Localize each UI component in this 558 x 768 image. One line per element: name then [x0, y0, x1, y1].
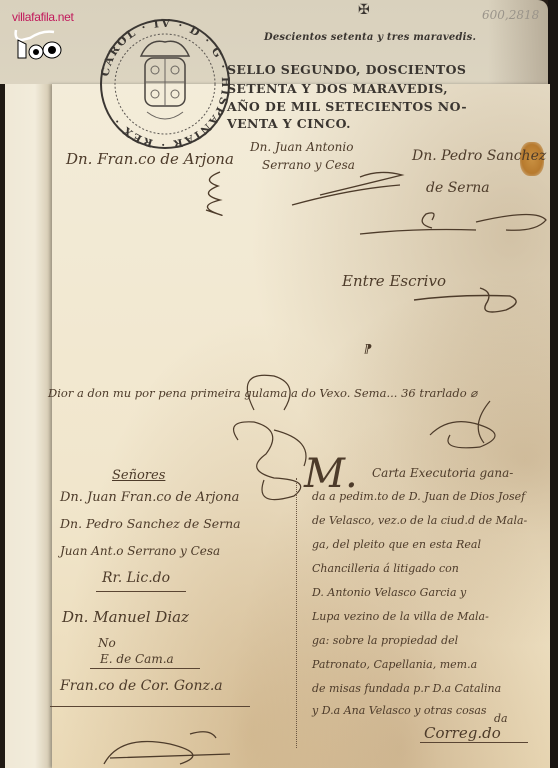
left-name-3: Juan Ant.o Serrano y Cesa: [60, 544, 220, 558]
bird-logo-icon: [12, 26, 64, 62]
rubric-flourish-icon: [190, 170, 250, 220]
right-line-2: da a pedim.to de D. Juan de Dios Josef: [312, 490, 525, 503]
signature-right-line2: de Serna: [426, 180, 490, 196]
right-line-7: Lupa vezino de la villa de Mala-: [312, 610, 489, 623]
left-subheading: Rr. Lic.do: [102, 570, 170, 586]
divider-rule: [50, 706, 250, 707]
printed-heading-line-4: VENTA Y CINCO.: [227, 116, 351, 131]
folio-number: 600,2818: [482, 8, 539, 22]
right-line-5: Chancilleria á litigado con: [312, 562, 459, 575]
right-line-8: ga: sobre la propiedad del: [312, 634, 458, 647]
left-name-1: Dn. Juan Fran.co de Arjona: [60, 490, 239, 505]
left-name-2: Dn. Pedro Sanchez de Serna: [60, 516, 241, 531]
printed-heading-line-1: SELLO SEGUNDO, DOSCIENTOS: [227, 62, 466, 77]
printed-heading-line-3: AÑO DE MIL SETECIENTOS NO-: [227, 99, 467, 114]
right-line-1: Carta Executoria gana-: [372, 466, 513, 480]
notary-rubric-icon: [410, 280, 530, 320]
printed-tax-line: Descientos setenta y tres maravedis.: [264, 32, 476, 43]
calligraphic-flourish-icon: [420, 395, 520, 455]
left-heading: Señores: [112, 468, 165, 483]
royal-seal-stamp-icon: CAROL · IV · D · G · HISPANIAR · REX ·: [97, 16, 233, 152]
official-title-line1: No: [98, 636, 116, 650]
right-line-6: D. Antonio Velasco Garcia y: [312, 586, 466, 599]
right-line-3: de Velasco, vez.o de la ciud.d de Mala-: [312, 514, 527, 527]
signature-middle-line1: Dn. Juan Antonio: [250, 140, 353, 154]
divider-rule: [96, 591, 186, 592]
signature-left: Dn. Fran.co de Arjona: [66, 150, 234, 168]
official-name: Dn. Manuel Diaz: [62, 608, 189, 626]
divider-rule: [90, 668, 200, 669]
closing-underline: [420, 742, 528, 743]
rubric-flourish-icon: [356, 200, 556, 240]
brace-column: [296, 478, 307, 748]
printed-heading-line-2: SETENTA Y DOS MARAVEDIS,: [227, 81, 448, 96]
right-line-4: ga, del pleito que en esta Real: [312, 538, 481, 551]
right-line-10: de misas fundada p.r D.a Catalina: [312, 682, 501, 695]
official-title-line2: E. de Cam.a: [100, 652, 174, 666]
closing-word: Correg.do: [424, 724, 501, 742]
closing-flourish-icon: [100, 724, 240, 768]
watermark-site-text: villafafila.net: [12, 10, 74, 24]
right-line-9: Patronato, Capellania, mem.a: [312, 658, 477, 671]
signature-right-line1: Dn. Pedro Sanchez: [412, 148, 546, 164]
right-line-11: y D.a Ana Velasco y otras cosas: [312, 704, 487, 717]
paragraph-mark: ⁋: [364, 342, 372, 356]
initial-letter: M.: [304, 454, 358, 494]
clerk-name: Fran.co de Cor. Gonz.a: [60, 678, 223, 694]
folded-left-margin: [5, 84, 57, 768]
cross-mark: ✠: [358, 2, 370, 18]
